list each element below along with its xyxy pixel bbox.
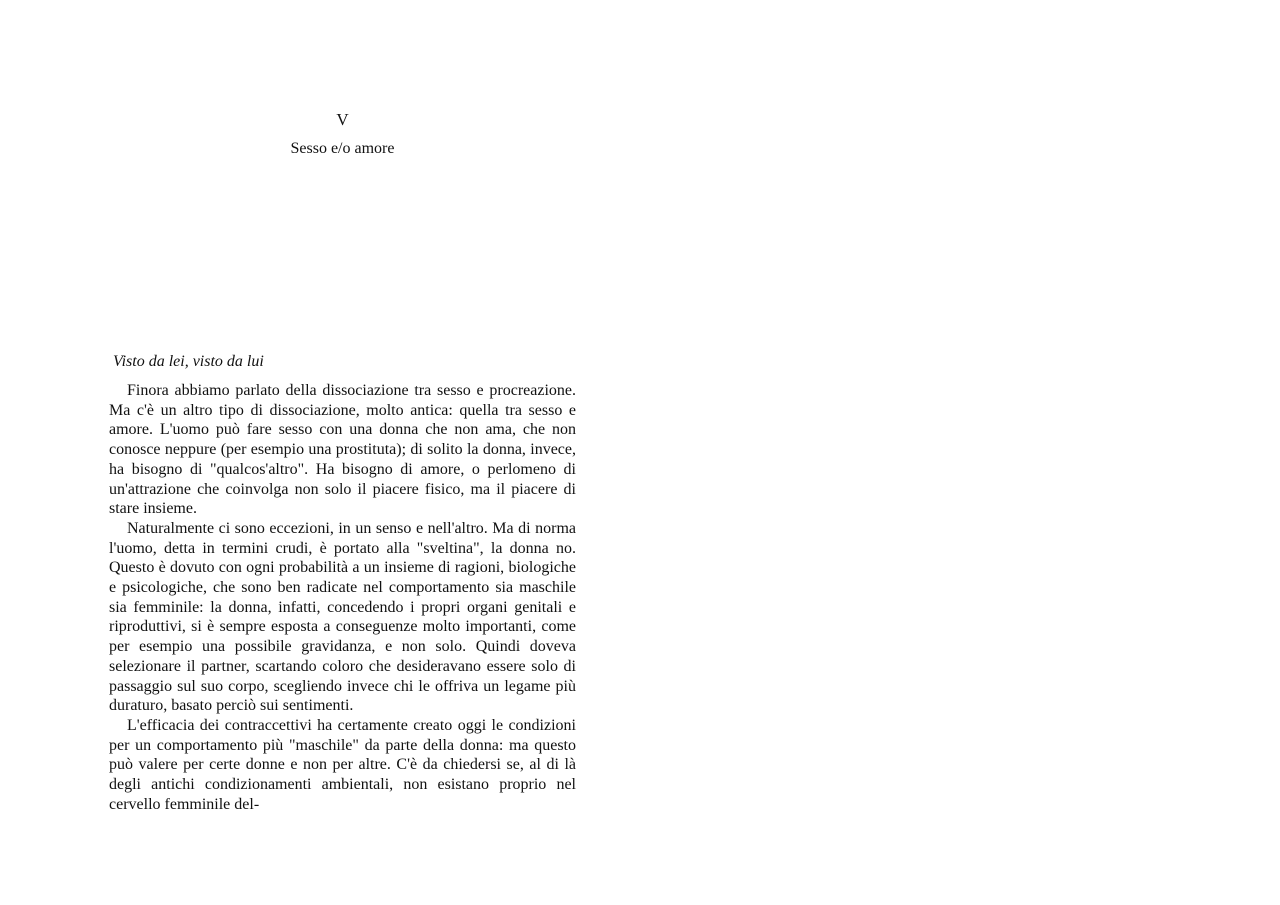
chapter-number: V	[109, 109, 576, 130]
paragraph: Naturalmente ci sono eccezioni, in un se…	[109, 519, 576, 716]
paragraph: Finora abbiamo parlato della dissociazio…	[109, 381, 576, 519]
paragraph: L'efficacia dei contraccettivi ha certam…	[109, 716, 576, 815]
section-heading: Visto da lei, visto da lui	[113, 352, 580, 372]
body-text: Finora abbiamo parlato della dissociazio…	[109, 381, 576, 814]
book-page-canvas: V Sesso e/o amore Visto da lei, visto da…	[0, 0, 1280, 905]
chapter-title: Sesso e/o amore	[109, 139, 576, 159]
text-column: V Sesso e/o amore Visto da lei, visto da…	[109, 0, 576, 905]
